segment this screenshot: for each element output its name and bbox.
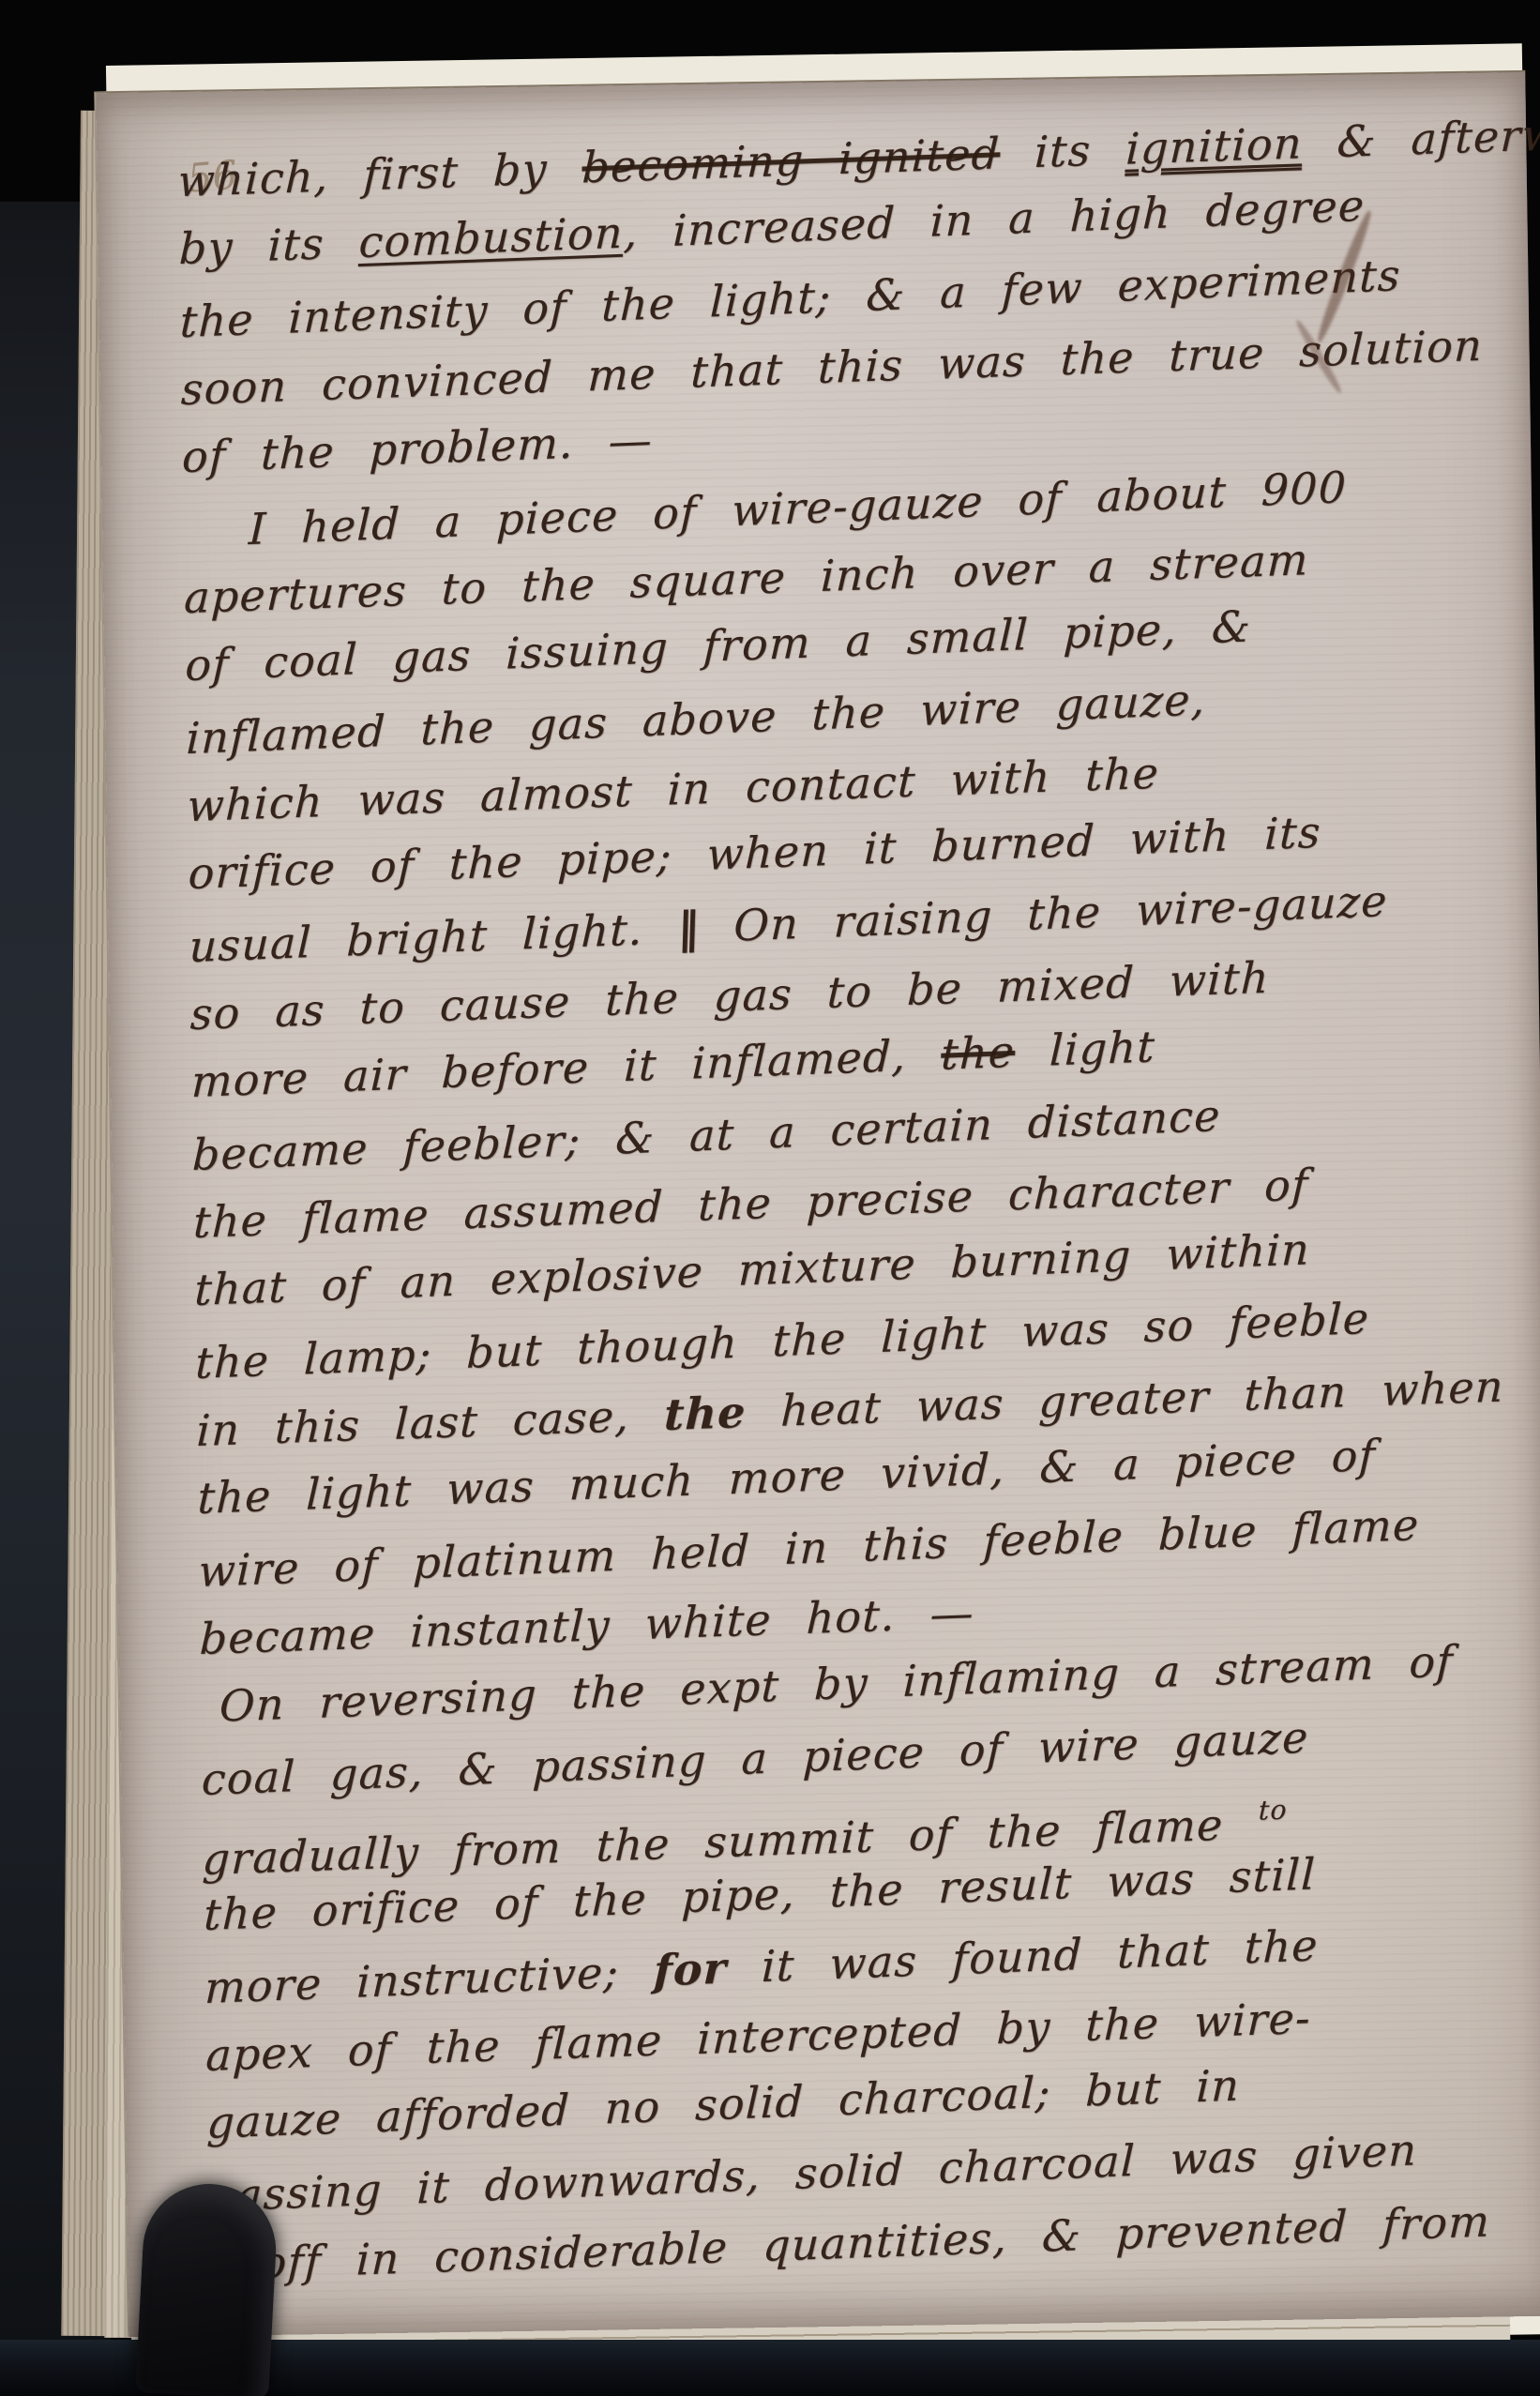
manuscript-segment-underline-double: ignition [1125,117,1303,174]
manuscript-segment: in this last case, [196,1389,666,1456]
manuscript-segment: On raising the wire-gauze [699,875,1389,952]
manuscript-segment: which, first by [177,142,583,206]
manuscript-segment-bold: the [663,1387,747,1440]
manuscript-segment-sup: to [1258,1795,1288,1827]
manuscript-segment-bold: for [653,1942,728,1995]
manuscript-segment: usual bright light. [189,902,678,972]
manuscript-segment: by its [178,217,360,274]
manuscript-segment: of the problem. — [181,415,654,483]
gloved-thumb [135,2180,279,2396]
manuscript-segment-caret: ‖ [677,902,701,953]
manuscript-segment: & afterwards [1302,105,1540,168]
manuscript-page: 56 which, first by becoming ignited its … [94,70,1540,2337]
manuscript-segment-underline: combustion [358,207,625,267]
manuscript-lines: which, first by becoming ignited its ign… [177,127,1540,2298]
manuscript-segment: its [999,124,1126,179]
manuscript-segment-struck: becoming ignited [581,128,1002,192]
manuscript-segment: light [1014,1021,1156,1077]
manuscript-segment: more instructive; [204,1945,654,2012]
manuscript-segment: it was found that the [726,1919,1319,1993]
manuscript-photograph: 56 which, first by becoming ignited its … [0,0,1540,2396]
manuscript-segment-struck: the [940,1026,1016,1080]
